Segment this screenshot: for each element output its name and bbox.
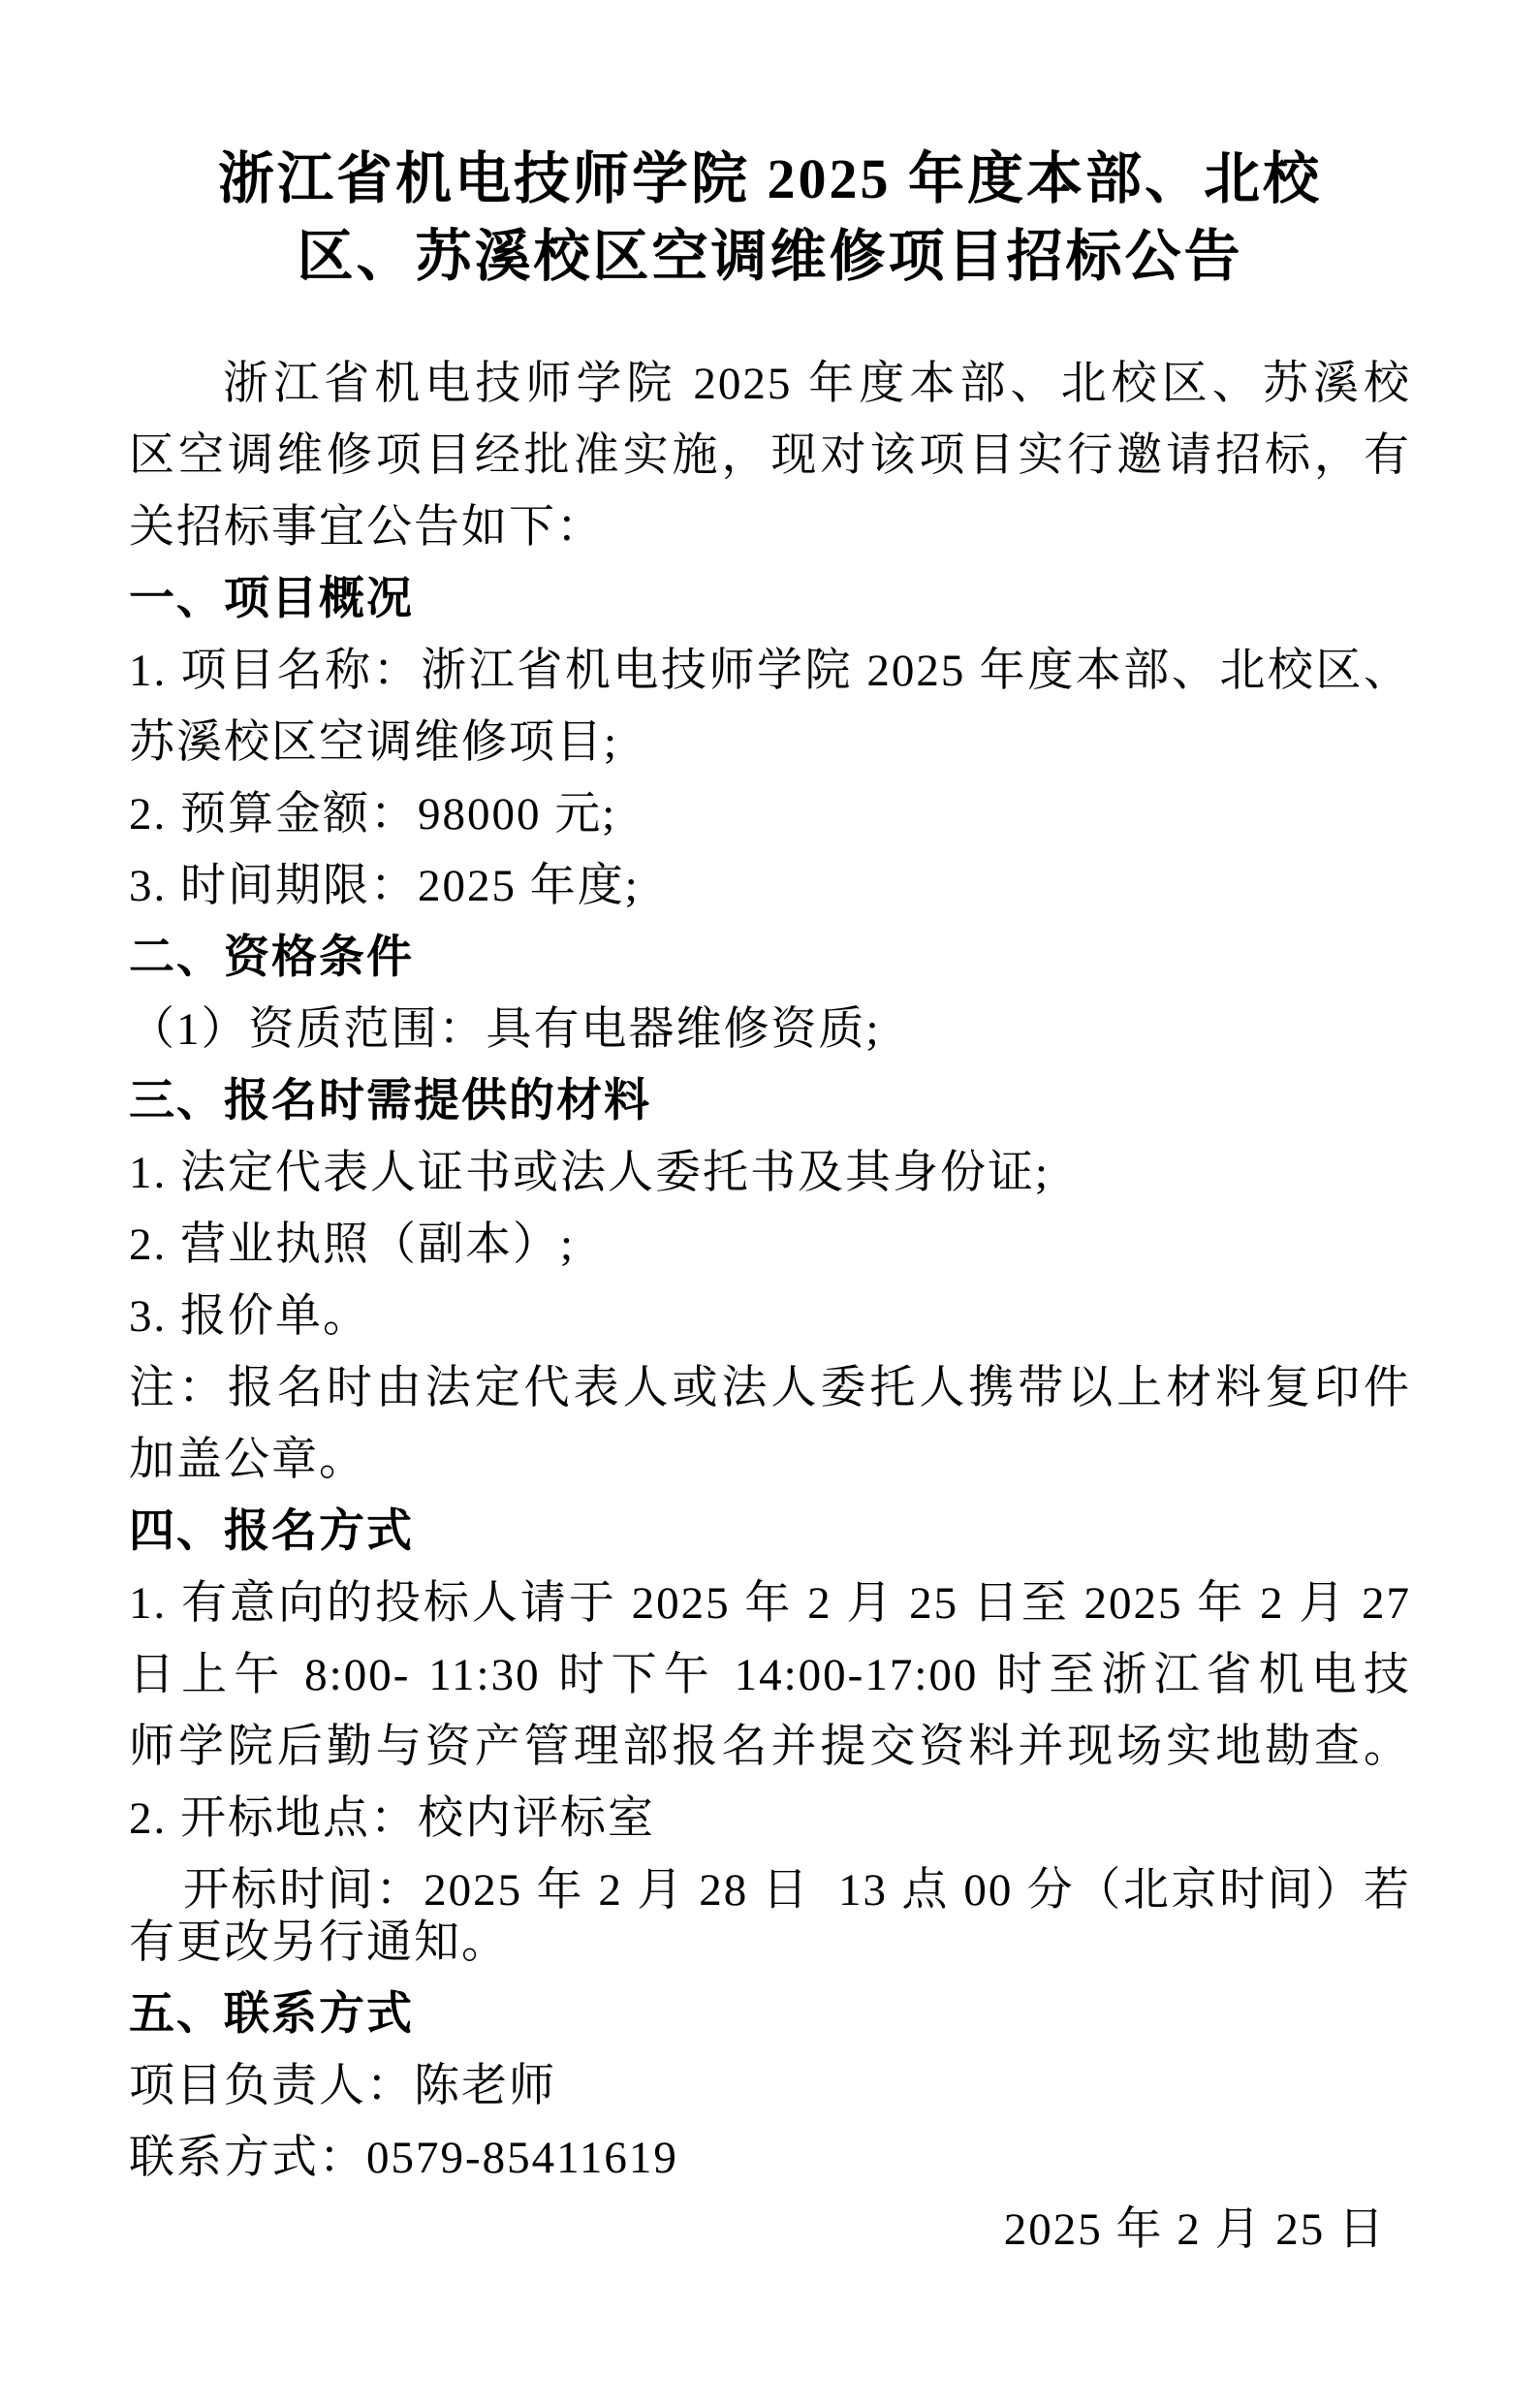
doc-text-line: 师学院后勤与资产管理部报名并提交资料并现场实地勘查。 xyxy=(129,1711,1411,1783)
doc-text-line: 区空调维修项目经批准实施，现对该项目实行邀请招标，有 xyxy=(129,420,1411,491)
doc-text-line: （1）资质范围：具有电器维修资质; xyxy=(129,994,1411,1065)
doc-text-line: 苏溪校区空调维修项目; xyxy=(129,707,1411,778)
section-heading-line: 三、报名时需提供的材料 xyxy=(129,1065,1411,1137)
title-line-2: 区、苏溪校区空调维修项目招标公告 xyxy=(129,218,1411,296)
section-heading-line: 四、报名方式 xyxy=(129,1496,1411,1568)
title-line-1: 浙江省机电技师学院 2025 年度本部、北校 xyxy=(129,141,1411,218)
doc-text-line: 2. 开标地点：校内评标室 xyxy=(129,1783,1411,1854)
doc-text-line: 1. 项目名称：浙江省机电技师学院 2025 年度本部、北校区、 xyxy=(129,635,1411,707)
doc-text-line: 1. 法定代表人证书或法人委托书及其身份证; xyxy=(129,1137,1411,1209)
doc-text-line: 日上午 8:00- 11:30 时下午 14:00-17:00 时至浙江省机电技 xyxy=(129,1639,1411,1711)
document-body: 浙江省机电技师学院 2025 年度本部、北校区、苏溪校区空调维修项目经批准实施，… xyxy=(129,348,1411,2265)
doc-text-line: 2. 预算金额：98000 元; xyxy=(129,778,1411,850)
section-heading-line: 一、项目概况 xyxy=(129,563,1411,635)
doc-text-line: 项目负责人：陈老师 xyxy=(129,2050,1411,2122)
document-title: 浙江省机电技师学院 2025 年度本部、北校 区、苏溪校区空调维修项目招标公告 xyxy=(129,141,1411,296)
doc-text-line: 浙江省机电技师学院 2025 年度本部、北校区、苏溪校 xyxy=(129,348,1411,420)
doc-text-line: 加盖公章。 xyxy=(129,1424,1411,1496)
doc-text-line: 注：报名时由法定代表人或法人委托人携带以上材料复印件 xyxy=(129,1352,1411,1424)
doc-text-line: 联系方式：0579-85411619 xyxy=(129,2122,1411,2194)
doc-text-line: 3. 时间期限：2025 年度; xyxy=(129,850,1411,922)
doc-text-line: 1. 有意向的投标人请于 2025 年 2 月 25 日至 2025 年 2 月… xyxy=(129,1568,1411,1639)
doc-text-line: 3. 报价单。 xyxy=(129,1281,1411,1352)
signoff-date-line: 2025 年 2 月 25 日 xyxy=(129,2194,1411,2265)
document-page: 浙江省机电技师学院 2025 年度本部、北校 区、苏溪校区空调维修项目招标公告 … xyxy=(0,0,1538,2408)
section-heading-line: 二、资格条件 xyxy=(129,922,1411,994)
doc-text-line: 2. 营业执照（副本）; xyxy=(129,1209,1411,1281)
doc-text-line: 关招标事宜公告如下： xyxy=(129,491,1411,563)
section-heading-line: 五、联系方式 xyxy=(129,1979,1411,2050)
